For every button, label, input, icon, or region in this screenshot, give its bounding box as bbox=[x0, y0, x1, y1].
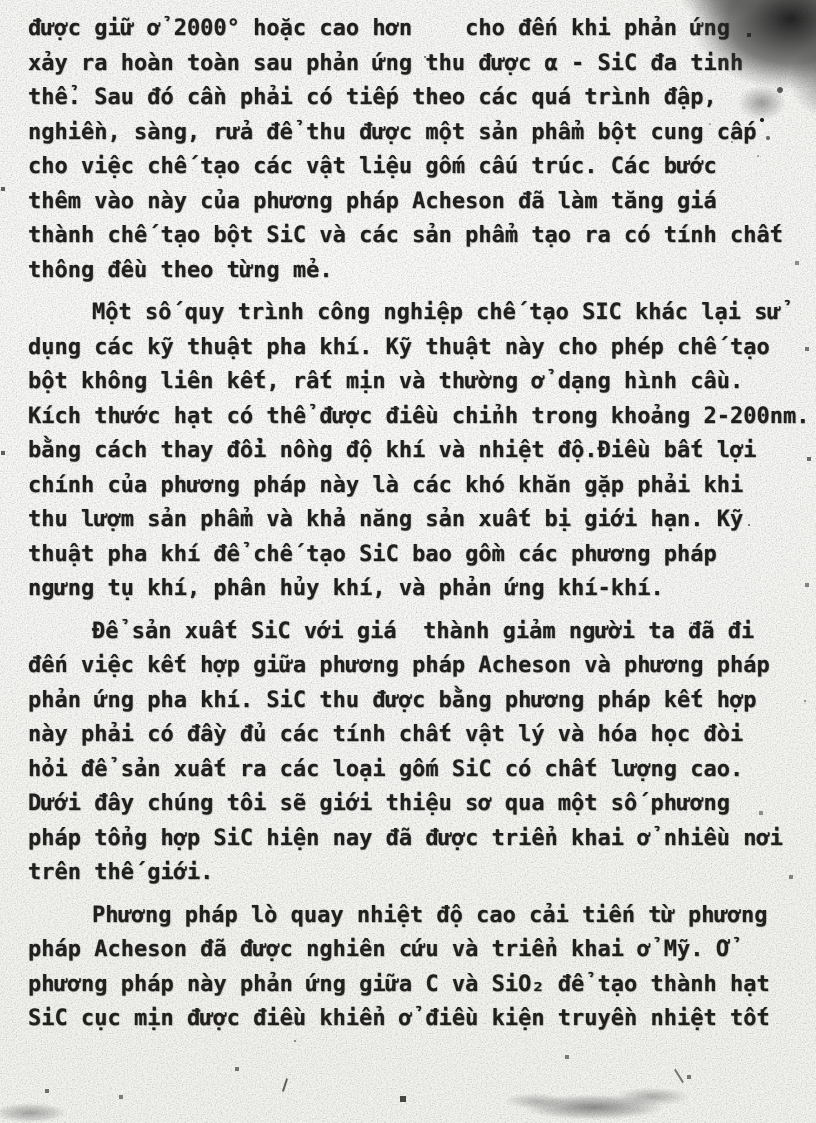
scan-noise-specks bbox=[0, 0, 2, 2]
text-line: thu lượm sản phẩm và khả năng sản xuất b… bbox=[28, 503, 814, 538]
document-text-block: được giữ ở 2000° hoặc cao hơn cho đến kh… bbox=[28, 12, 814, 1037]
text-line: hỏi để sản xuất ra các loại gốm SiC có c… bbox=[28, 753, 814, 788]
paragraph-2: Một số quy trình công nghiệp chế tạo SIC… bbox=[28, 296, 814, 607]
scan-smudge-bottom-left bbox=[0, 1092, 100, 1123]
text-line: Một số quy trình công nghiệp chế tạo SIC… bbox=[28, 296, 814, 331]
text-line: trên thế giới. bbox=[28, 856, 814, 891]
text-line: thành chế tạo bột SiC và các sản phẩm tạ… bbox=[28, 219, 814, 254]
text-line: pháp Acheson đã được nghiên cứu và triển… bbox=[28, 933, 814, 968]
text-line: bột không liên kết, rất mịn và thường ở … bbox=[28, 365, 814, 400]
text-line: Kích thước hạt có thể được điều chỉnh tr… bbox=[28, 400, 814, 435]
scan-stray-mark bbox=[282, 1078, 288, 1092]
paragraph-3: Để sản xuất SiC với giá thành giảm người… bbox=[28, 615, 814, 891]
text-line: thêm vào này của phương pháp Acheson đã … bbox=[28, 185, 814, 220]
text-line: Để sản xuất SiC với giá thành giảm người… bbox=[28, 615, 814, 650]
text-line: chính của phương pháp này là các khó khă… bbox=[28, 469, 814, 504]
text-line: thuật pha khí để chế tạo SiC bao gồm các… bbox=[28, 538, 814, 573]
paragraph-4: Phương pháp lò quay nhiệt độ cao cải tiế… bbox=[28, 899, 814, 1037]
scan-smudge-bottom-center bbox=[488, 1082, 723, 1123]
scan-smudge-top-right bbox=[618, 0, 816, 156]
text-line: bằng cách thay đổi nồng độ khí và nhiệt … bbox=[28, 434, 814, 469]
text-line: Dưới đây chúng tôi sẽ giới thiệu sơ qua … bbox=[28, 787, 814, 822]
text-line: này phải có đầy đủ các tính chất vật lý … bbox=[28, 718, 814, 753]
text-line: dụng các kỹ thuật pha khí. Kỹ thuật này … bbox=[28, 331, 814, 366]
text-line: Phương pháp lò quay nhiệt độ cao cải tiế… bbox=[28, 899, 814, 934]
scan-speckle-top-right bbox=[760, 118, 764, 122]
text-line: ngưng tụ khí, phân hủy khí, và phản ứng … bbox=[28, 572, 814, 607]
text-line: thông đều theo từng mẻ. bbox=[28, 254, 814, 289]
scanned-page: được giữ ở 2000° hoặc cao hơn cho đến kh… bbox=[0, 0, 816, 1123]
text-line: phương pháp này phản ứng giữa C và SiO₂ … bbox=[28, 968, 814, 1003]
text-line: phản ứng pha khí. SiC thu được bằng phươ… bbox=[28, 684, 814, 719]
text-line: SiC cục mịn được điều khiển ở điều kiện … bbox=[28, 1002, 814, 1037]
text-line: đến việc kết hợp giữa phương pháp Acheso… bbox=[28, 649, 814, 684]
text-line: pháp tổng hợp SiC hiện nay đã được triển… bbox=[28, 822, 814, 857]
